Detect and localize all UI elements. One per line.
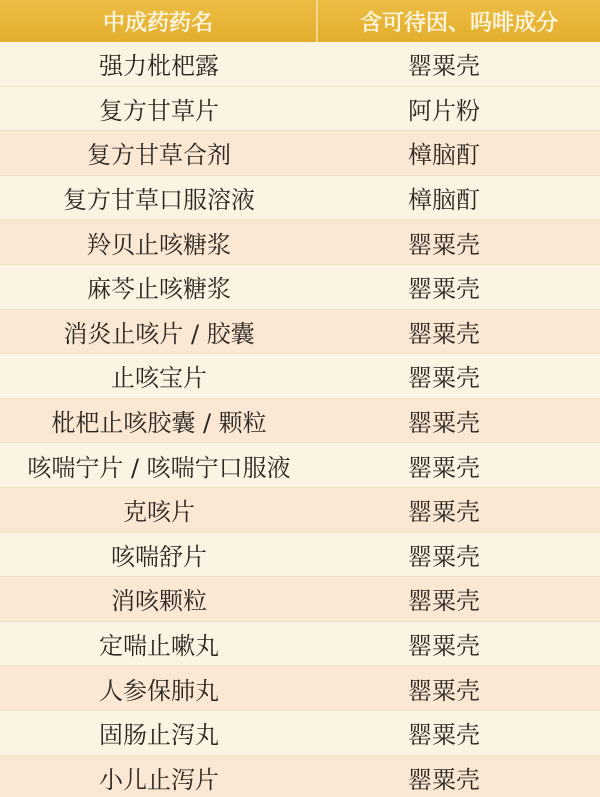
medicine-name: 人参保肺丸 [0, 671, 318, 706]
medicine-name: 克咳片 [0, 492, 318, 527]
table-row: 消炎止咳片 / 胶囊 罂粟壳 [0, 310, 600, 355]
table-header: 中成药药名 含可待因、吗啡成分 [0, 0, 600, 42]
ingredient: 罂粟壳 [318, 581, 600, 616]
table-row: 小儿止泻片 罂粟壳 [0, 756, 600, 797]
medicine-name: 定喘止嗽丸 [0, 626, 318, 661]
ingredient: 罂粟壳 [318, 46, 600, 81]
ingredient: 樟脑酊 [318, 180, 600, 215]
table-row: 咳喘舒片 罂粟壳 [0, 533, 600, 578]
medicine-name: 消咳颗粒 [0, 581, 318, 616]
table-row: 复方甘草口服溶液 樟脑酊 [0, 176, 600, 221]
ingredient: 罂粟壳 [318, 715, 600, 750]
ingredient: 罂粟壳 [318, 269, 600, 304]
table-row: 羚贝止咳糖浆 罂粟壳 [0, 220, 600, 265]
table-row: 复方甘草片 阿片粉 [0, 87, 600, 132]
medicine-table: 中成药药名 含可待因、吗啡成分 强力枇杷露 罂粟壳 复方甘草片 阿片粉 复方甘草… [0, 0, 600, 797]
ingredient: 罂粟壳 [318, 403, 600, 438]
ingredient: 阿片粉 [318, 91, 600, 126]
table-row: 消咳颗粒 罂粟壳 [0, 577, 600, 622]
header-medicine-name: 中成药药名 [0, 0, 318, 42]
medicine-name: 小儿止泻片 [0, 760, 318, 795]
ingredient: 罂粟壳 [318, 760, 600, 795]
medicine-name: 咳喘舒片 [0, 537, 318, 572]
medicine-name: 消炎止咳片 / 胶囊 [0, 314, 318, 349]
table-row: 固肠止泻丸 罂粟壳 [0, 711, 600, 756]
medicine-name: 羚贝止咳糖浆 [0, 225, 318, 260]
medicine-name: 复方甘草合剂 [0, 135, 318, 170]
table-row: 麻芩止咳糖浆 罂粟壳 [0, 265, 600, 310]
table-row: 复方甘草合剂 樟脑酊 [0, 131, 600, 176]
ingredient: 罂粟壳 [318, 448, 600, 483]
ingredient: 罂粟壳 [318, 314, 600, 349]
header-ingredient: 含可待因、吗啡成分 [318, 0, 600, 42]
ingredient: 樟脑酊 [318, 135, 600, 170]
table-row: 强力枇杷露 罂粟壳 [0, 42, 600, 87]
table-row: 定喘止嗽丸 罂粟壳 [0, 622, 600, 667]
medicine-name: 复方甘草口服溶液 [0, 180, 318, 215]
medicine-name: 强力枇杷露 [0, 46, 318, 81]
table-row: 克咳片 罂粟壳 [0, 488, 600, 533]
table-row: 止咳宝片 罂粟壳 [0, 354, 600, 399]
ingredient: 罂粟壳 [318, 492, 600, 527]
ingredient: 罂粟壳 [318, 626, 600, 661]
ingredient: 罂粟壳 [318, 537, 600, 572]
medicine-name: 复方甘草片 [0, 91, 318, 126]
table-row: 枇杷止咳胶囊 / 颗粒 罂粟壳 [0, 399, 600, 444]
medicine-name: 枇杷止咳胶囊 / 颗粒 [0, 403, 318, 438]
ingredient: 罂粟壳 [318, 671, 600, 706]
table-row: 咳喘宁片 / 咳喘宁口服液 罂粟壳 [0, 443, 600, 488]
ingredient: 罂粟壳 [318, 225, 600, 260]
medicine-name: 固肠止泻丸 [0, 715, 318, 750]
medicine-name: 麻芩止咳糖浆 [0, 269, 318, 304]
medicine-name: 咳喘宁片 / 咳喘宁口服液 [0, 448, 318, 483]
table-row: 人参保肺丸 罂粟壳 [0, 666, 600, 711]
medicine-name: 止咳宝片 [0, 358, 318, 393]
ingredient: 罂粟壳 [318, 358, 600, 393]
